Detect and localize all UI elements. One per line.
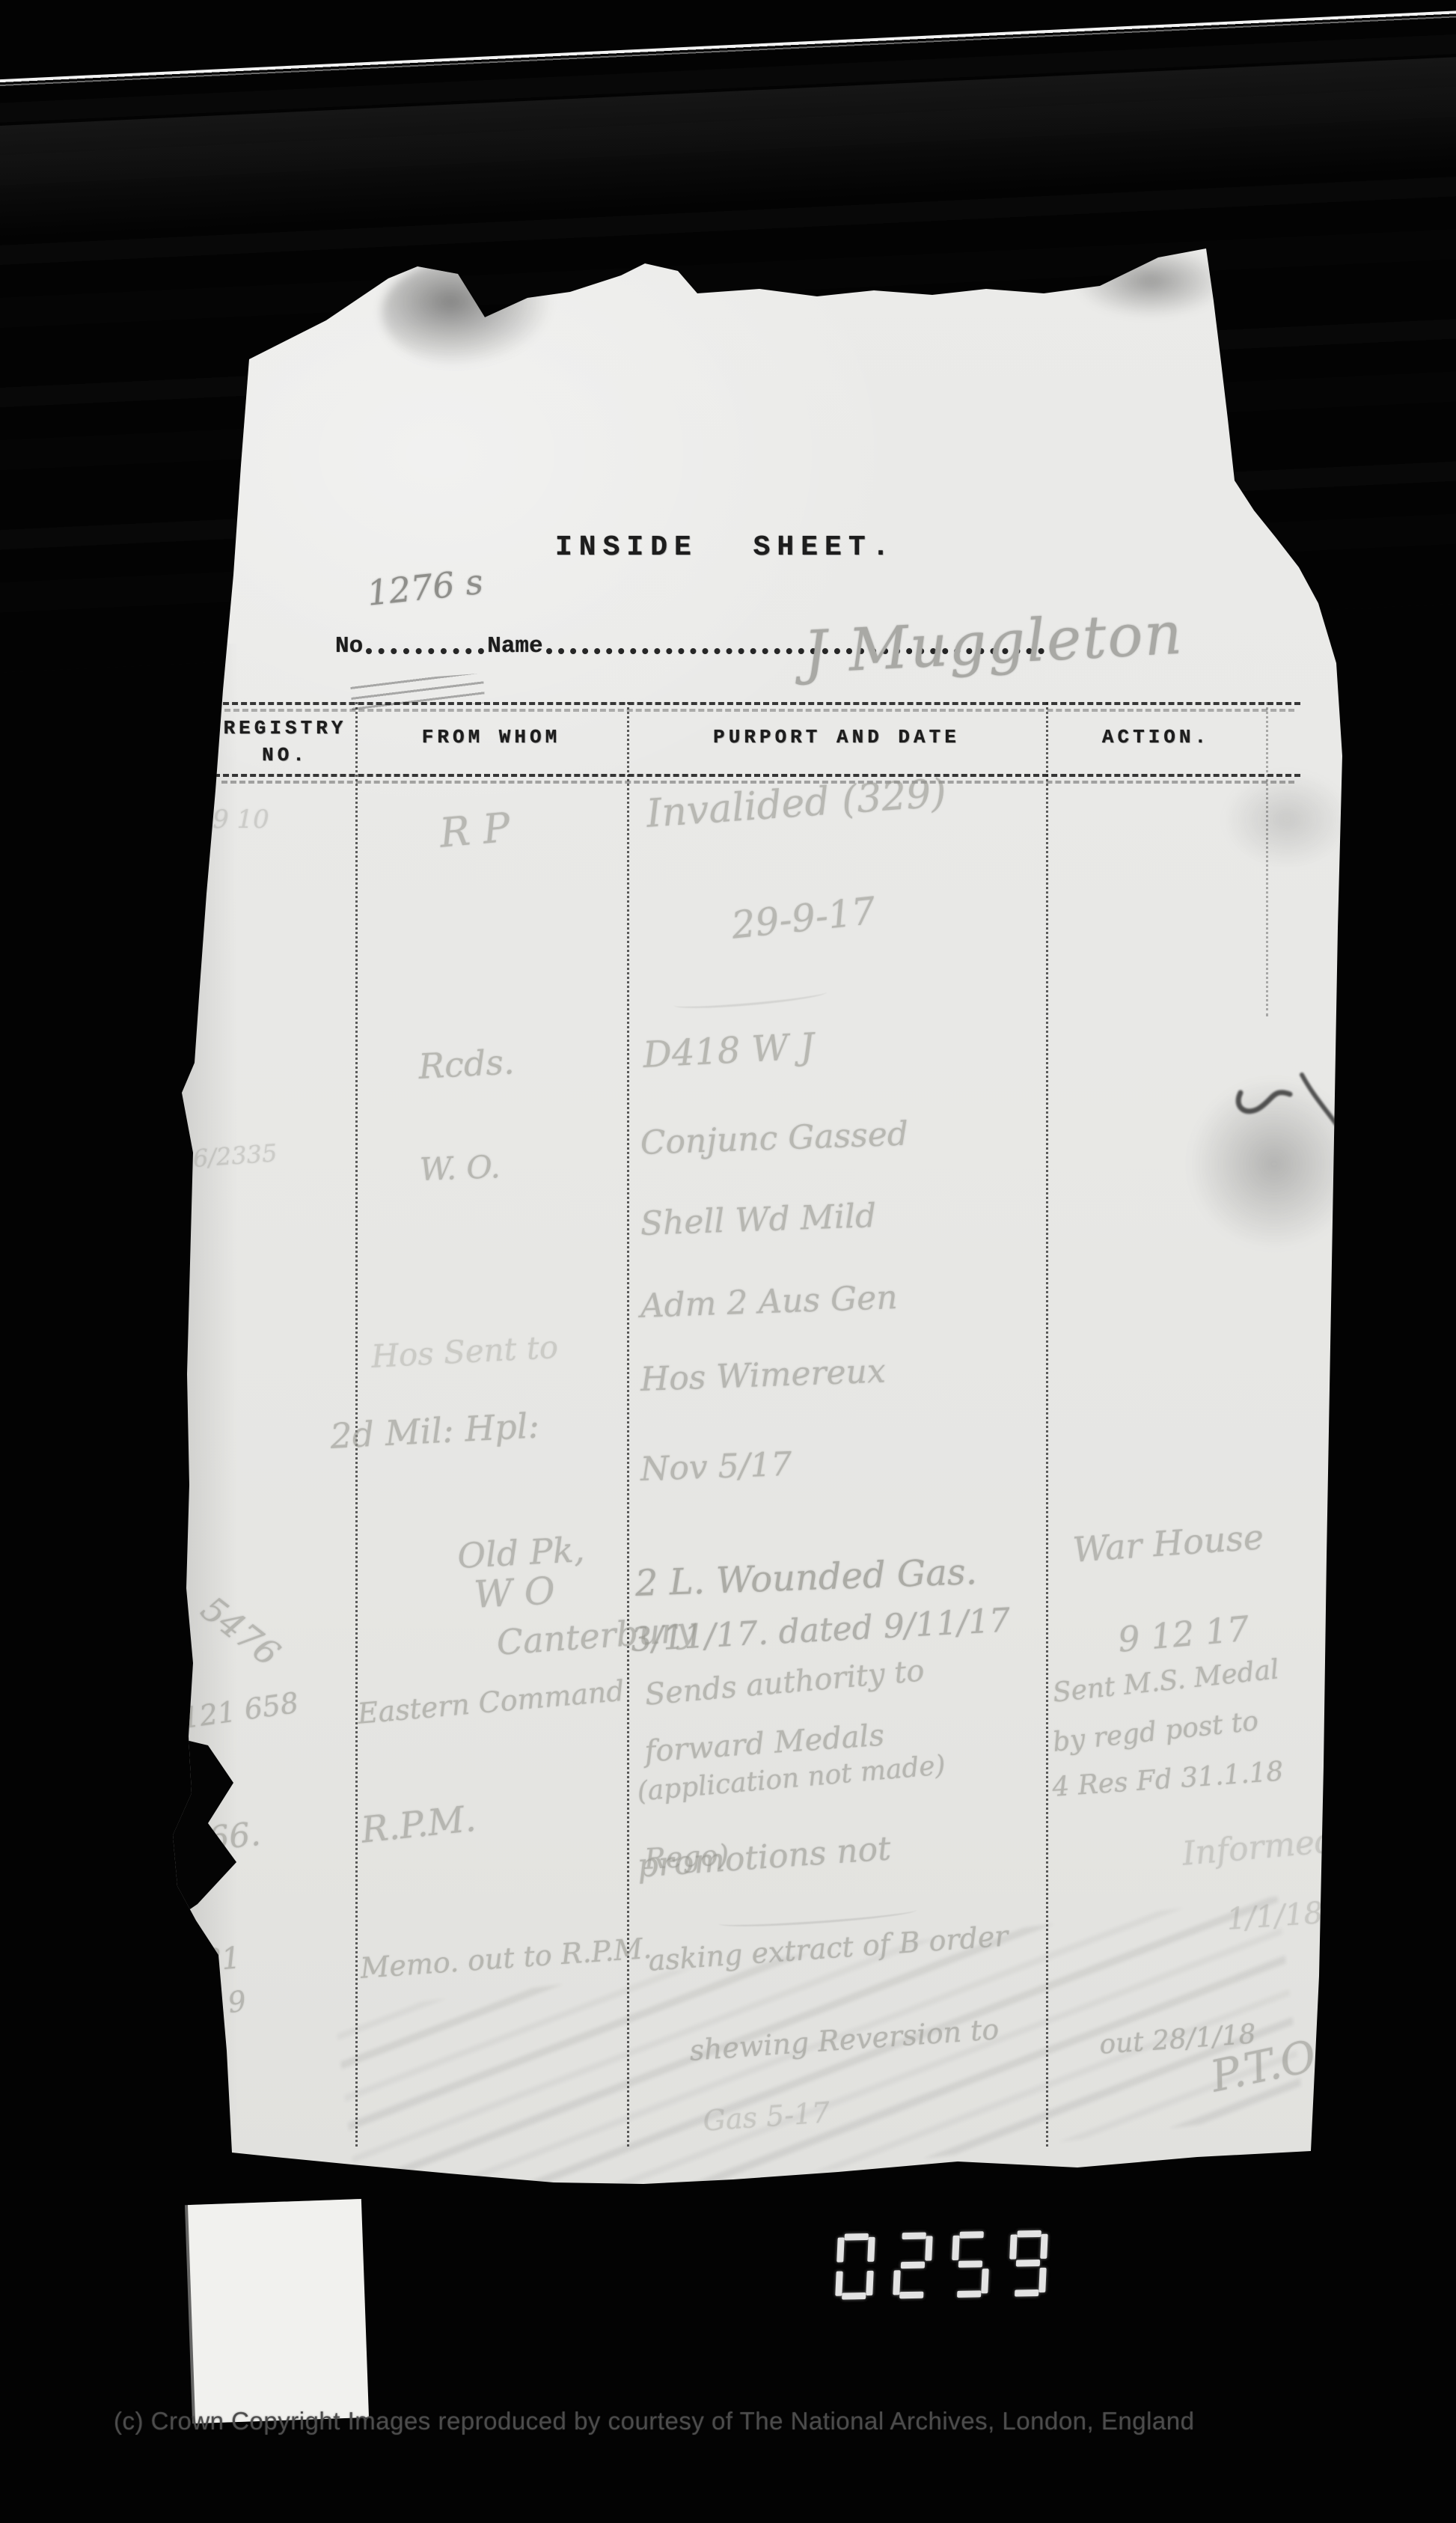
row-from-whom: W. O. xyxy=(419,1148,501,1188)
header-from-whom: FROM WHOM xyxy=(355,726,627,748)
row-from-whom: Eastern Command xyxy=(356,1674,625,1730)
row-action: Informed xyxy=(1181,1822,1337,1873)
row-purport: Sends authority to xyxy=(643,1653,926,1712)
row-from-whom: Memo. out to R.P.M. xyxy=(359,1932,652,1985)
name-label: Name xyxy=(487,633,542,659)
row-action: Sent M.S. Medal xyxy=(1051,1654,1280,1709)
column-divider-3 xyxy=(1046,702,1048,2147)
row-from-whom: W O xyxy=(473,1569,556,1617)
row-registry: 1181 xyxy=(163,1941,242,1982)
row-purport: 2 L. Wounded Gas. xyxy=(634,1551,978,1605)
row-from-whom: R P xyxy=(438,804,512,857)
row-purport: Conjunc Gassed xyxy=(640,1114,909,1162)
row-from-whom: R.P.M. xyxy=(359,1798,478,1852)
scanned-archive-page: INSIDE SHEET. 1276 s No Name J Muggleton… xyxy=(0,0,1456,2523)
no-label: No xyxy=(335,633,363,659)
counter-digit xyxy=(1008,2230,1048,2297)
copyright-notice: (c) Crown Copyright Images reproduced by… xyxy=(114,2407,1371,2435)
row-purport: promotions not xyxy=(636,1829,892,1885)
row-action: War House xyxy=(1071,1516,1265,1570)
row-action: by regd post to xyxy=(1051,1706,1260,1758)
row-purport: D418 W J xyxy=(642,1025,816,1076)
row-purport: Shell Wd Mild xyxy=(640,1197,877,1243)
row-action: 4 Res Fd 31.1.18 xyxy=(1051,1756,1285,1802)
row-purport: Hos Wimereux xyxy=(640,1352,887,1399)
frame-counter xyxy=(836,2230,1068,2303)
header-action: ACTION. xyxy=(1046,726,1266,748)
counter-digit xyxy=(835,2233,875,2300)
page-title: INSIDE SHEET. xyxy=(555,531,896,564)
row-purport: Adm 2 Aus Gen xyxy=(640,1278,898,1325)
calibration-card xyxy=(188,2199,369,2423)
table-top-rule-echo xyxy=(224,709,1294,712)
illegible-scrawl xyxy=(718,1904,917,1930)
row-purport: Hos Sent to xyxy=(370,1328,559,1375)
row-action: 9 12 17 xyxy=(1116,1608,1251,1660)
header-registry-line2: NO. xyxy=(215,744,355,766)
pencil-swirl-mark xyxy=(1227,1061,1354,1151)
row-purport: 29-9-17 xyxy=(729,889,878,948)
left-edge-shading xyxy=(171,644,238,2133)
dotted-leader xyxy=(366,648,484,654)
header-purport-date: PURPORT AND DATE xyxy=(627,726,1046,748)
handwritten-file-number: 1276 s xyxy=(365,561,485,614)
counter-digit xyxy=(893,2232,933,2298)
row-registry: 116/2335 xyxy=(162,1138,278,1175)
faint-scrawl xyxy=(673,986,828,1012)
row-registry: 13 9 10 xyxy=(172,805,269,835)
table-top-rule xyxy=(214,702,1300,705)
row-purport: Old Pk, xyxy=(456,1529,586,1576)
row-purport: Nov 5/17 xyxy=(640,1445,792,1489)
column-divider-4 xyxy=(1266,702,1268,1016)
row-purport: 2d Mil: Hpl: xyxy=(329,1405,540,1456)
row-action: 1/1/18 xyxy=(1226,1896,1324,1937)
column-divider-2 xyxy=(627,702,629,2147)
scratched-out-text xyxy=(350,674,485,713)
counter-digit xyxy=(950,2231,991,2298)
faded-action-smudge xyxy=(1223,771,1351,868)
header-bottom-rule xyxy=(214,774,1300,777)
row-from-whom: Rcds. xyxy=(417,1041,516,1087)
header-registry-line1: REGISTRY xyxy=(215,717,355,739)
handwritten-name: J Muggleton xyxy=(802,600,1185,686)
